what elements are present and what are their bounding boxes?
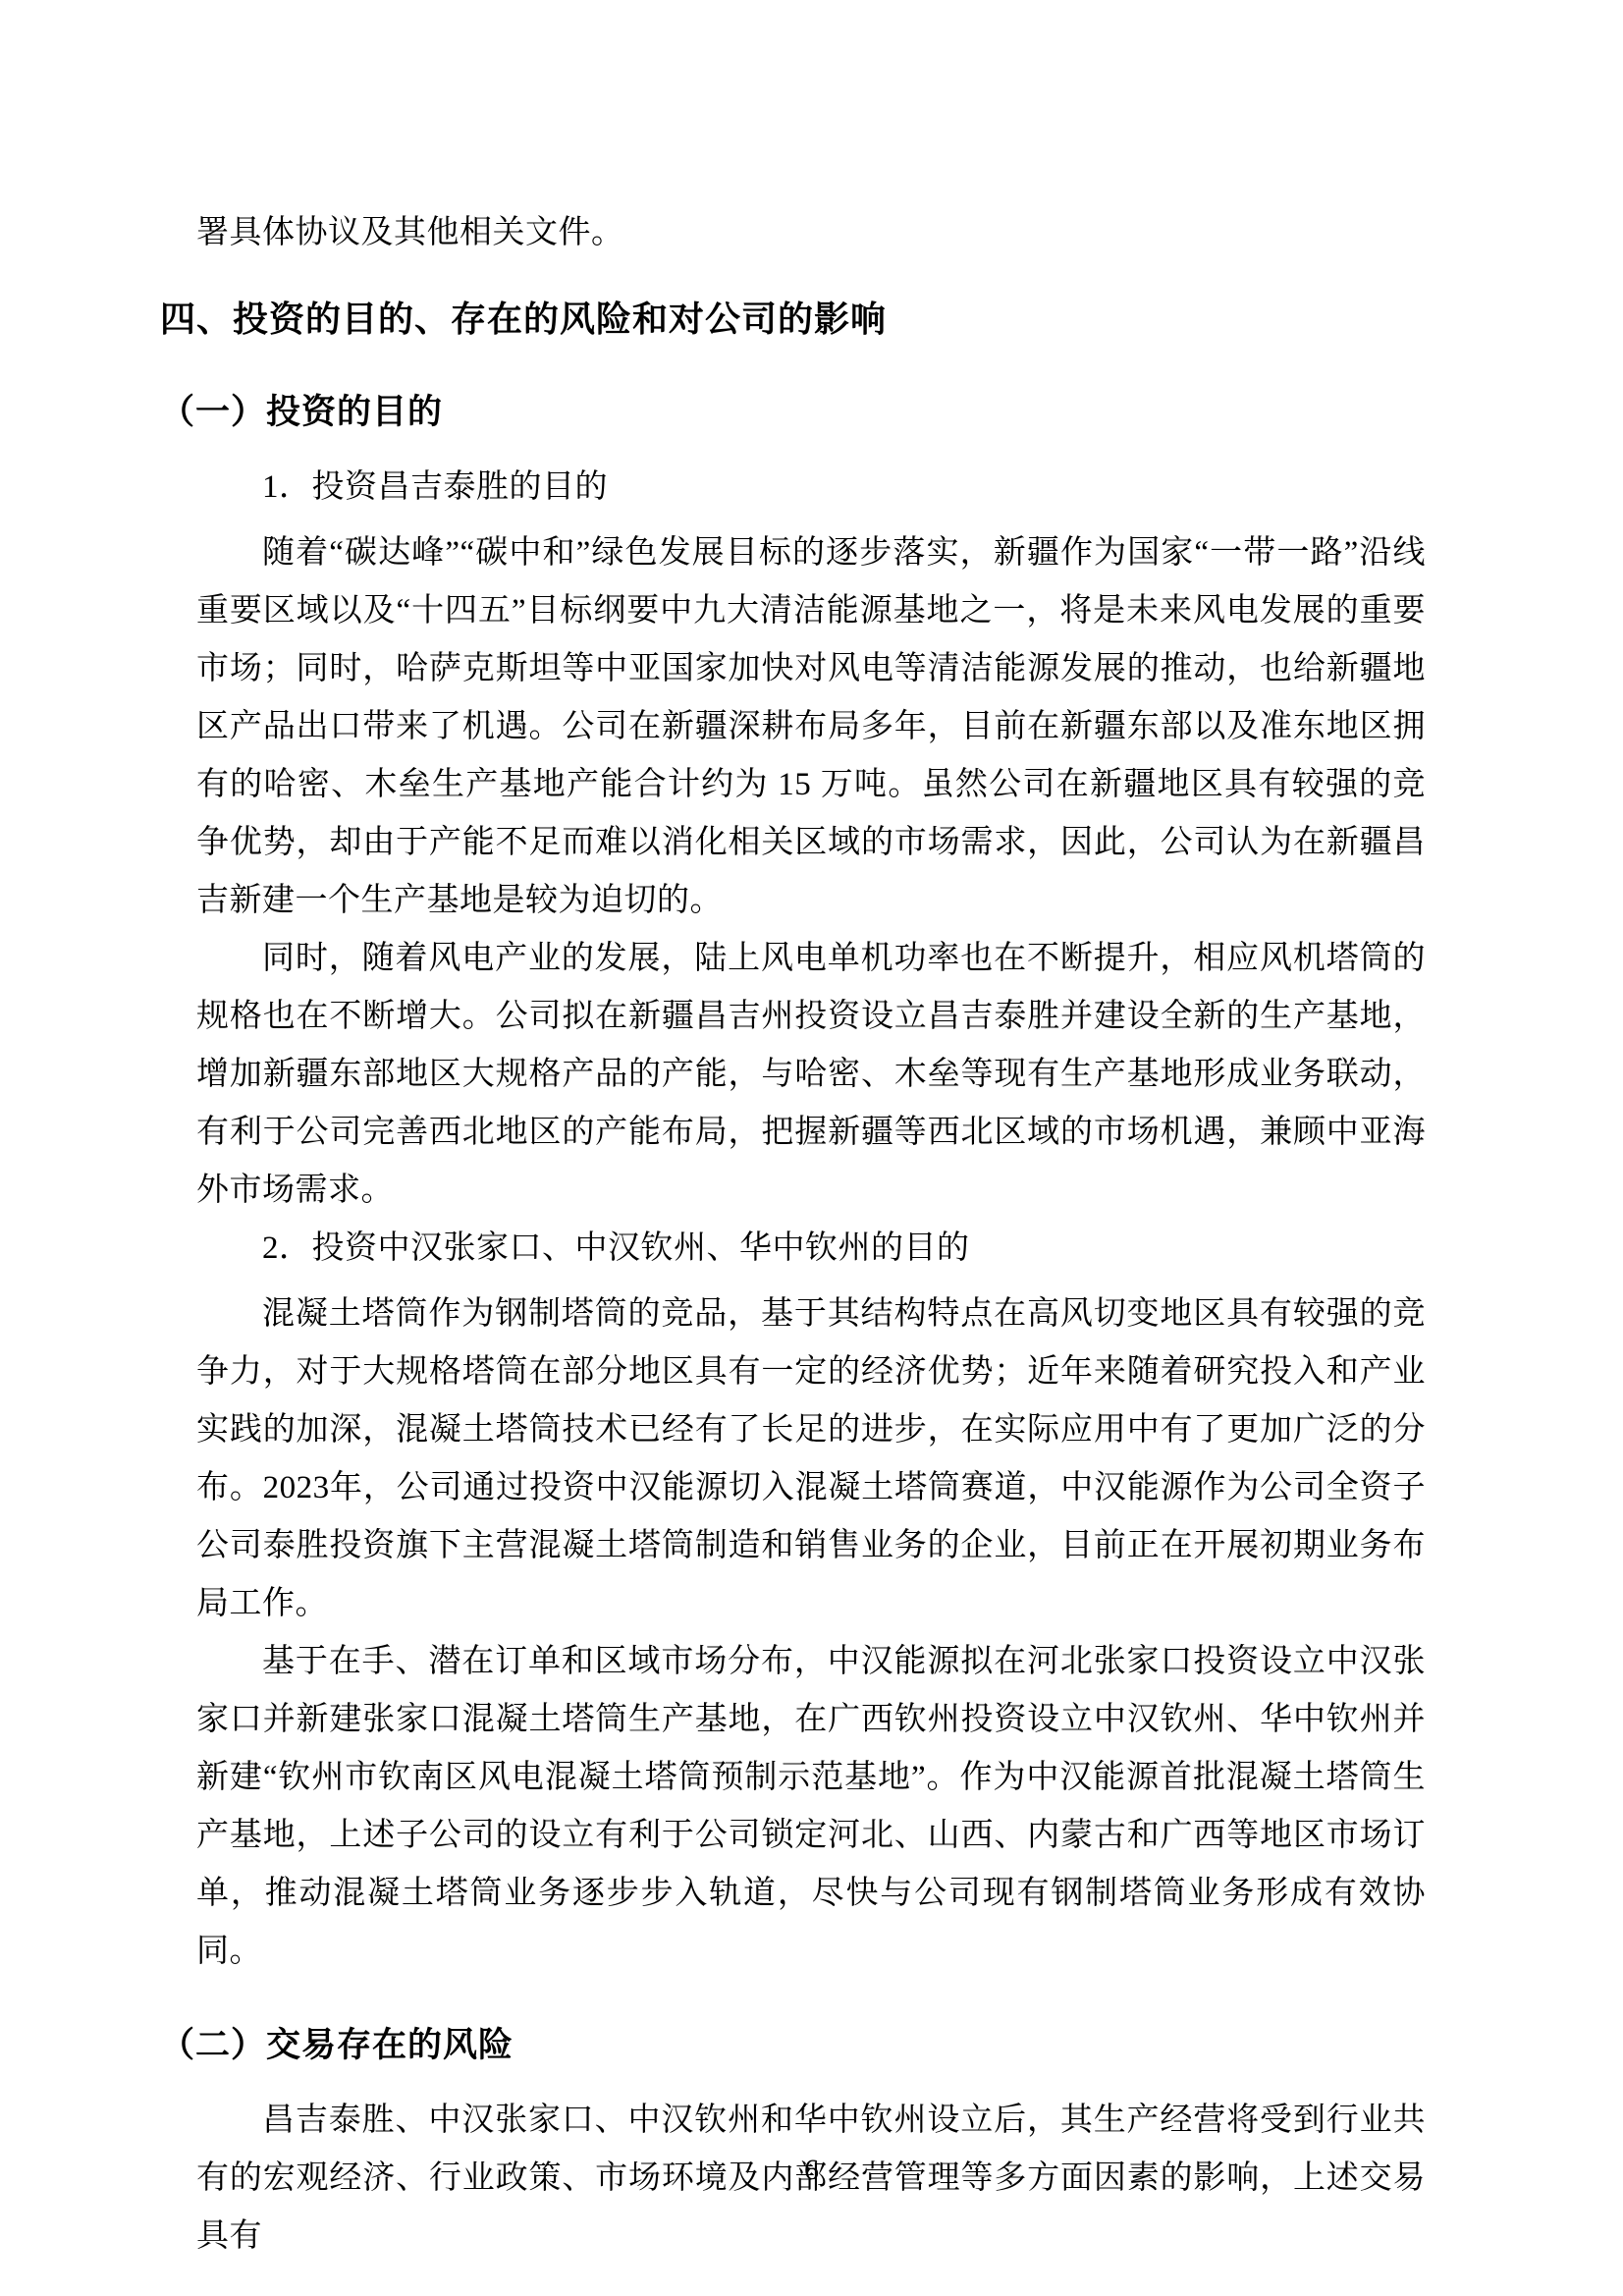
paragraph-concrete-tower-background: 混凝土塔筒作为钢制塔筒的竞品，基于其结构特点在高风切变地区具有较强的竞争力，对于… <box>196 1285 1426 1633</box>
paragraph-changji-plan: 同时，随着风电产业的发展，陆上风电单机功率也在不断提升，相应风机塔筒的规格也在不… <box>196 930 1426 1220</box>
paragraph-zhonghan-plan: 基于在手、潜在订单和区域市场分布，中汉能源拟在河北张家口投资设立中汉张家口并新建… <box>196 1633 1426 1981</box>
subsection-heading-2-risks: （二）交易存在的风险 <box>160 2016 1426 2074</box>
section-heading-4: 四、投资的目的、存在的风险和对公司的影响 <box>160 290 1426 348</box>
subsection-heading-1-purpose: （一）投资的目的 <box>160 383 1426 441</box>
paragraph-changji-background: 随着“碳达峰”“碳中和”绿色发展目标的逐步落实，新疆作为国家“一带一路”沿线重要… <box>196 524 1426 930</box>
document-page: 署具体协议及其他相关文件。 四、投资的目的、存在的风险和对公司的影响 （一）投资… <box>0 0 1623 2296</box>
continuation-line: 署具体协议及其他相关文件。 <box>196 204 1426 262</box>
page-number: 6 <box>0 2153 1623 2188</box>
numbered-subheading-2: 2．投资中汉张家口、中汉钦州、华中钦州的目的 <box>196 1220 1426 1278</box>
numbered-subheading-1: 1．投资昌吉泰胜的目的 <box>196 459 1426 517</box>
